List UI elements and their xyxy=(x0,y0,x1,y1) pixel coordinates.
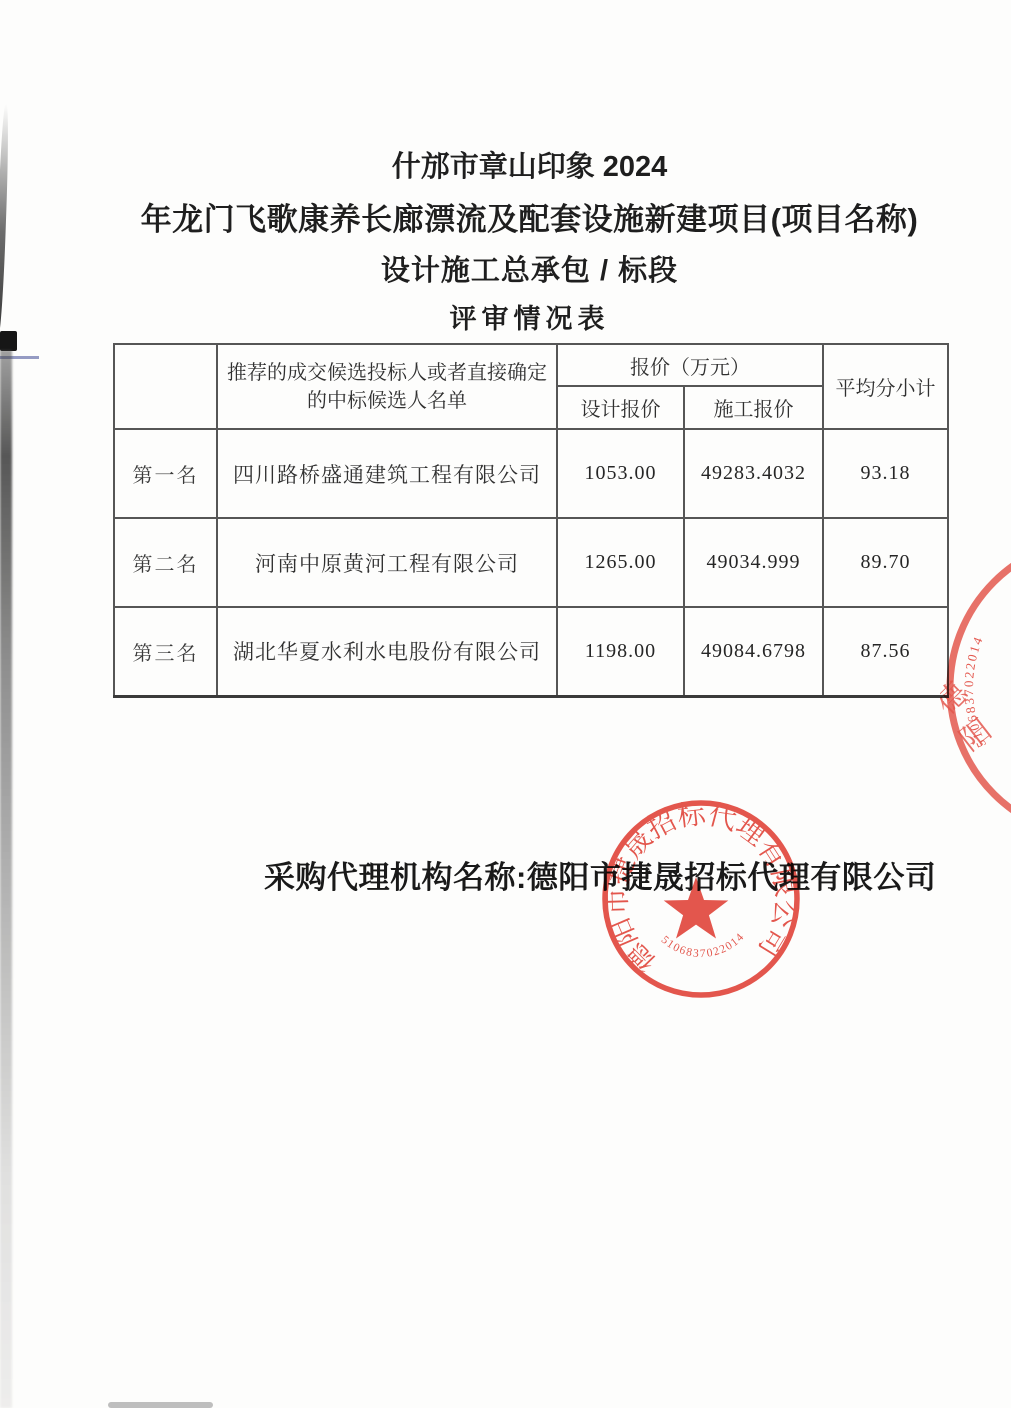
table-row: 第二名 河南中原黄河工程有限公司 1265.00 49034.999 89.70 xyxy=(114,518,948,607)
scan-edge-streak-top xyxy=(0,104,10,336)
construction-price-cell: 49283.4032 xyxy=(684,429,823,518)
design-price-cell: 1053.00 xyxy=(557,429,684,518)
doc-title-line1: 什邡市章山印象 2024 xyxy=(48,144,1011,185)
evaluation-table: 推荐的成交候选投标人或者直接确定的中标候选人名单 报价（万元） 平均分小计 设计… xyxy=(113,343,949,698)
star-icon xyxy=(664,877,729,939)
average-score-cell: 93.18 xyxy=(823,429,948,518)
average-score-cell: 87.56 xyxy=(823,607,948,696)
company-seal: 德阳市捷晟招标代理有限公司 5106837022014 xyxy=(591,789,811,1009)
rank-cell: 第三名 xyxy=(114,607,217,696)
scan-bottom-smudge xyxy=(108,1402,213,1408)
table-row: 第一名 四川路桥盛通建筑工程有限公司 1053.00 49283.4032 93… xyxy=(114,429,948,518)
construction-price-cell: 49034.999 xyxy=(684,518,823,607)
header-construction-price: 施工报价 xyxy=(684,386,823,429)
ink-blob-mark xyxy=(0,331,17,351)
header-design-price: 设计报价 xyxy=(557,386,684,429)
header-blank-cell xyxy=(114,344,217,429)
company-cell: 四川路桥盛通建筑工程有限公司 xyxy=(217,429,557,518)
header-candidates: 推荐的成交候选投标人或者直接确定的中标候选人名单 xyxy=(217,344,557,429)
design-price-cell: 1265.00 xyxy=(557,518,684,607)
partial-seal: 5106837022014 德 阳 xyxy=(940,520,1011,860)
header-average-score: 平均分小计 xyxy=(823,344,948,429)
seal-serial-text: 5106837022014 xyxy=(659,931,748,961)
construction-price-cell: 49084.6798 xyxy=(684,607,823,696)
scanned-document-page: 什邡市章山印象 2024 年龙门飞歌康养长廊漂流及配套设施新建项目(项目名称) … xyxy=(0,0,1011,1408)
table-row: 第三名 湖北华夏水利水电股份有限公司 1198.00 49084.6798 87… xyxy=(114,607,948,696)
rank-cell: 第一名 xyxy=(114,429,217,518)
doc-title-line3: 设计施工总承包 / 标段 xyxy=(48,248,1011,289)
design-price-cell: 1198.00 xyxy=(557,607,684,696)
table-caption: 评审情况表 xyxy=(48,297,1011,336)
header-price-group: 报价（万元） xyxy=(557,344,823,386)
rank-cell: 第二名 xyxy=(114,518,217,607)
average-score-cell: 89.70 xyxy=(823,518,948,607)
company-cell: 湖北华夏水利水电股份有限公司 xyxy=(217,607,557,696)
table-header-row-1: 推荐的成交候选投标人或者直接确定的中标候选人名单 报价（万元） 平均分小计 xyxy=(114,344,948,386)
company-cell: 河南中原黄河工程有限公司 xyxy=(217,518,557,607)
scan-edge-streak xyxy=(0,350,12,1408)
doc-title-line2: 年龙门飞歌康养长廊漂流及配套设施新建项目(项目名称) xyxy=(48,194,1011,239)
